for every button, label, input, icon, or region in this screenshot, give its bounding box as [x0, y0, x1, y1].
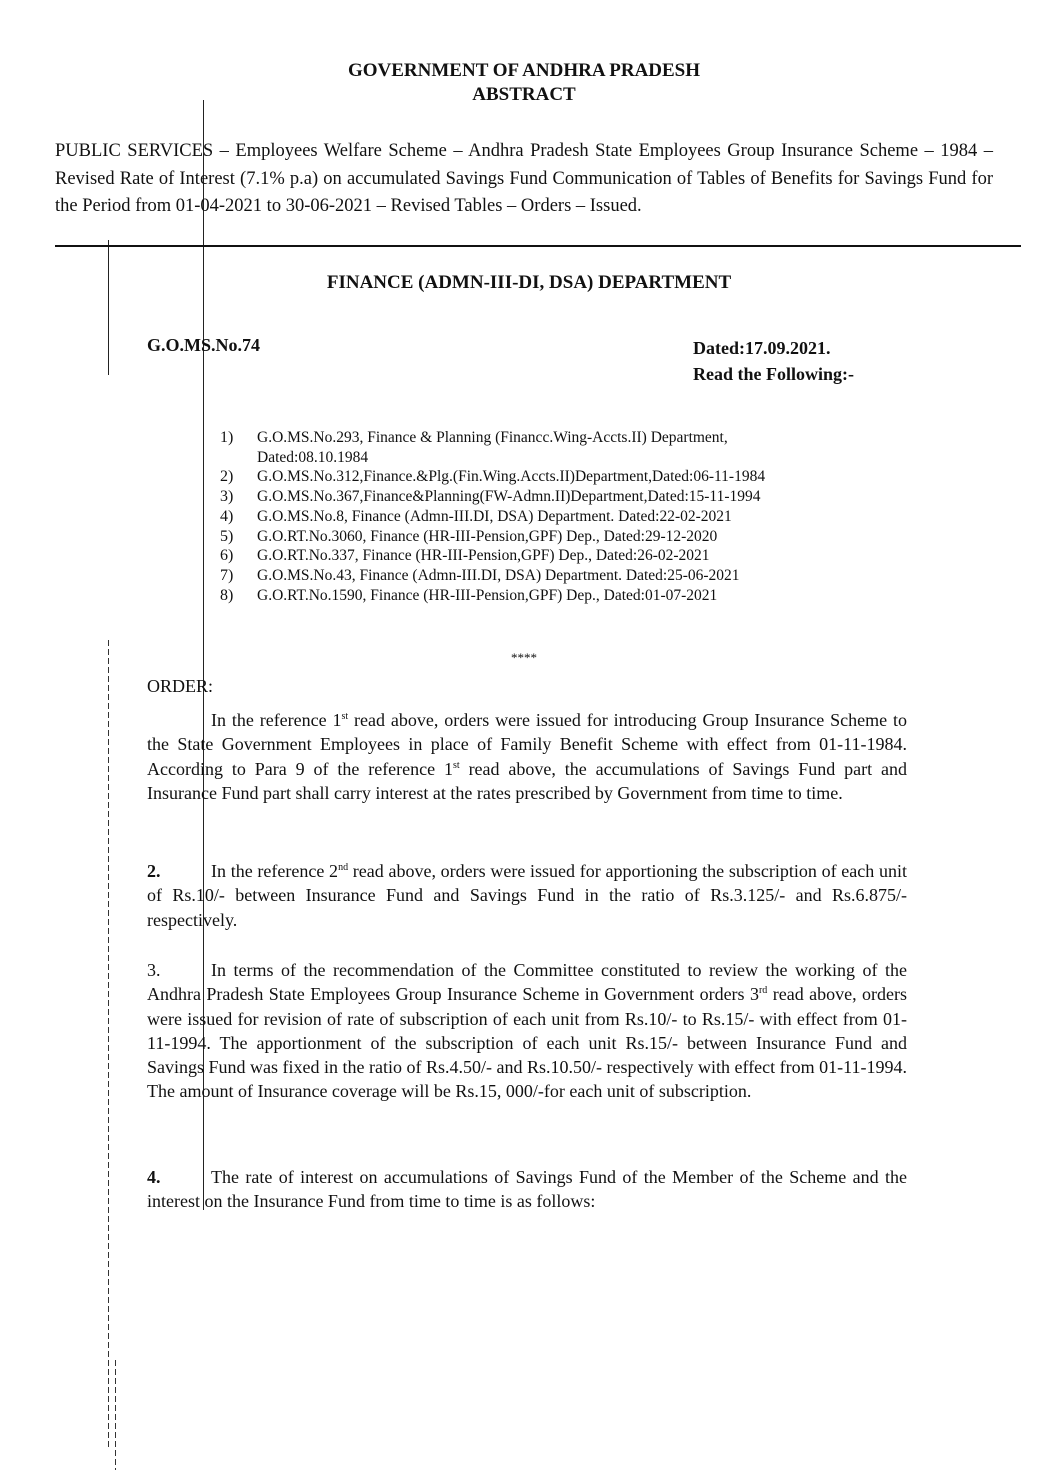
government-title: GOVERNMENT OF ANDHRA PRADESH	[0, 60, 1048, 82]
paragraph-3: 3.In terms of the recommendation of the …	[147, 958, 907, 1104]
scan-artifact-line	[108, 640, 109, 1450]
separator-stars: ****	[0, 650, 1048, 666]
reference-number: 5)	[220, 527, 257, 547]
reference-item: 5)G.O.RT.No.3060, Finance (HR-III-Pensio…	[220, 527, 765, 547]
reference-text: G.O.MS.No.43, Finance (Admn-III.DI, DSA)…	[257, 566, 740, 586]
scan-artifact-line	[108, 240, 109, 375]
department-title: FINANCE (ADMN-III-DI, DSA) DEPARTMENT	[0, 272, 1048, 294]
order-heading: ORDER:	[147, 676, 213, 697]
read-following-text: Read the Following:-	[693, 361, 854, 387]
references-list: 1)G.O.MS.No.293, Finance & Planning (Fin…	[220, 428, 765, 605]
paragraph-4-text: The rate of interest on accumulations of…	[147, 1167, 907, 1211]
paragraph-4: 4.The rate of interest on accumulations …	[147, 1165, 907, 1214]
paragraph-2-text: In the reference 2	[211, 861, 338, 881]
paragraph-1-text: In the reference 1	[211, 710, 342, 730]
paragraph-1: In the reference 1st read above, orders …	[147, 708, 907, 805]
reference-text: G.O.MS.No.8, Finance (Admn-III.DI, DSA) …	[257, 507, 732, 527]
paragraph-number: 4.	[147, 1165, 211, 1189]
superscript: nd	[338, 862, 348, 873]
dated-block: Dated:17.09.2021. Read the Following:-	[693, 335, 854, 387]
reference-number: 3)	[220, 487, 257, 507]
abstract-title: ABSTRACT	[0, 84, 1048, 106]
dated-text: Dated:17.09.2021.	[693, 335, 854, 361]
reference-number: 4)	[220, 507, 257, 527]
reference-text: G.O.RT.No.337, Finance (HR-III-Pension,G…	[257, 546, 710, 566]
reference-item: 2)G.O.MS.No.312,Finance.&Plg.(Fin.Wing.A…	[220, 467, 765, 487]
reference-item: 8)G.O.RT.No.1590, Finance (HR-III-Pensio…	[220, 586, 765, 606]
reference-number: 2)	[220, 467, 257, 487]
reference-item: 4)G.O.MS.No.8, Finance (Admn-III.DI, DSA…	[220, 507, 765, 527]
reference-text: G.O.MS.No.367,Finance&Planning(FW-Admn.I…	[257, 487, 761, 507]
reference-item: 3)G.O.MS.No.367,Finance&Planning(FW-Admn…	[220, 487, 765, 507]
subject-text: PUBLIC SERVICES – Employees Welfare Sche…	[55, 138, 993, 221]
go-number: G.O.MS.No.74	[147, 335, 260, 356]
paragraph-number: 3.	[147, 958, 211, 982]
superscript: st	[453, 760, 460, 771]
reference-number: 8)	[220, 586, 257, 606]
scan-artifact-line	[115, 1360, 116, 1470]
reference-text: G.O.MS.No.312,Finance.&Plg.(Fin.Wing.Acc…	[257, 467, 765, 487]
reference-text: G.O.RT.No.3060, Finance (HR-III-Pension,…	[257, 527, 717, 547]
divider-rule	[55, 245, 1021, 247]
reference-text: G.O.RT.No.1590, Finance (HR-III-Pension,…	[257, 586, 717, 606]
paragraph-2: 2.In the reference 2nd read above, order…	[147, 859, 907, 932]
reference-text: G.O.MS.No.293, Finance & Planning (Finan…	[257, 428, 728, 467]
reference-number: 6)	[220, 546, 257, 566]
paragraph-number: 2.	[147, 859, 211, 883]
reference-item: 6)G.O.RT.No.337, Finance (HR-III-Pension…	[220, 546, 765, 566]
reference-number: 7)	[220, 566, 257, 586]
reference-number: 1)	[220, 428, 257, 467]
reference-item: 1)G.O.MS.No.293, Finance & Planning (Fin…	[220, 428, 765, 467]
reference-item: 7)G.O.MS.No.43, Finance (Admn-III.DI, DS…	[220, 566, 765, 586]
